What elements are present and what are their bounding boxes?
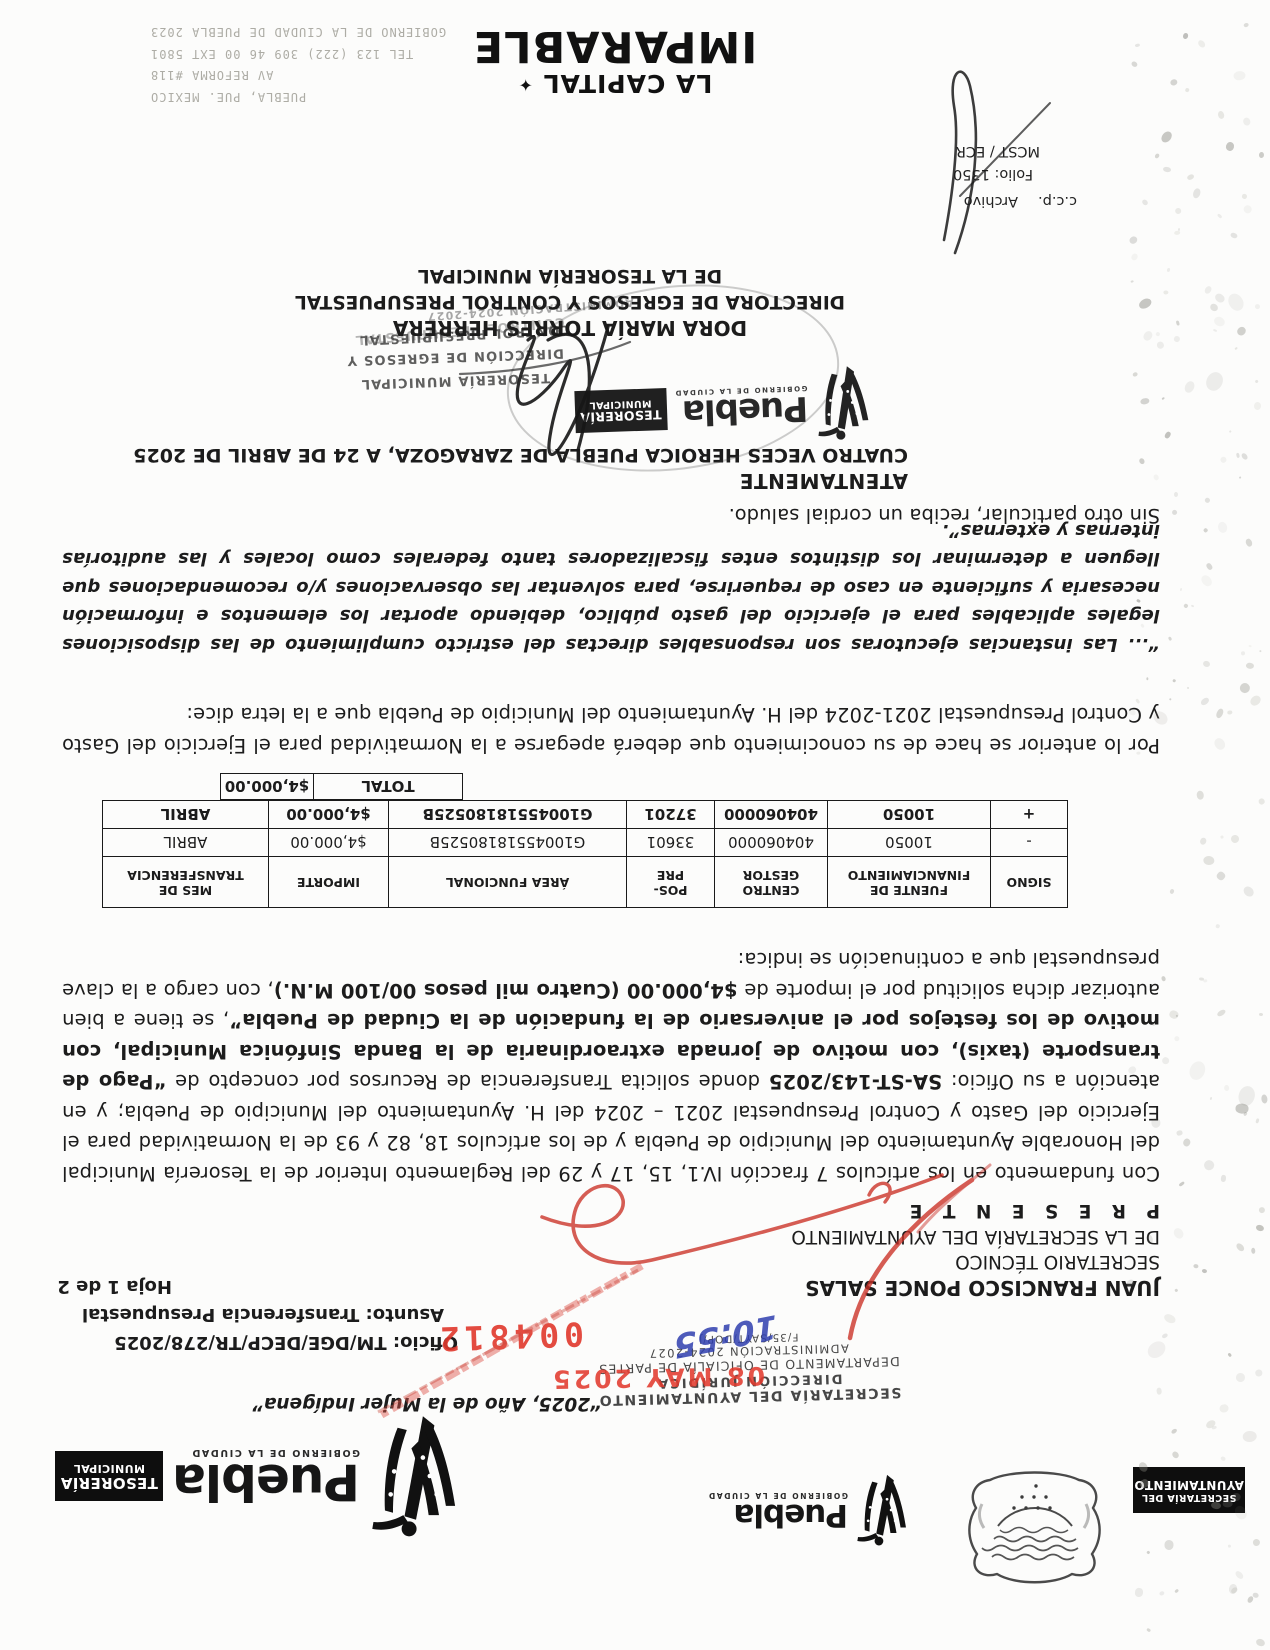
box-line1: SECRETARÍA DEL — [1133, 1491, 1245, 1502]
paragraph-quote: “... Las instancias ejecutoras son respo… — [62, 516, 1160, 659]
scanned-document-rotated-180: SECRETARÍA DEL AYUNTAMIENTO Puebla GOBIE… — [0, 0, 1270, 1650]
total-value: $4,000.00 — [220, 773, 314, 800]
signature-ink — [405, 302, 640, 492]
table-total-row: TOTAL $4,000.00 — [102, 773, 463, 800]
cell-importe: $4,000.00 — [269, 829, 389, 857]
cell-area: G10045518180525B — [389, 801, 627, 829]
angel-icon — [370, 1410, 462, 1542]
cell-fuente: 10050 — [828, 829, 991, 857]
box-line2: AYUNTAMIENTO — [1133, 1478, 1245, 1491]
puebla-wordmark: Puebla — [674, 392, 809, 429]
table-row-plus: + 10050 404060000 37201 G10045518180525B… — [103, 801, 1068, 829]
box-line2: MUNICIPAL — [55, 1461, 163, 1473]
angel-icon — [815, 361, 874, 445]
gobierno-subtitle: GOBIERNO DE LA CIUDAD — [707, 1491, 848, 1500]
cell-fuente: 10050 — [828, 801, 991, 829]
puebla-crest-icon — [946, 1462, 1124, 1590]
total-label: TOTAL — [314, 773, 463, 800]
col-importe: IMPORTE — [269, 857, 389, 908]
box-line1: TESORERÍA — [55, 1474, 163, 1491]
tesoreria-municipal-box: TESORERÍA MUNICIPAL — [55, 1451, 163, 1501]
footer-address: PUEBLA, PUE. MEXICO AV REFORMA #118 TEL … — [150, 21, 502, 107]
pen-flourish — [860, 43, 1060, 258]
cell-importe: $4,000.00 — [269, 801, 389, 829]
col-centro-gestor: CENTROGESTOR — [715, 857, 828, 908]
signer-title2: DE LA TESORERÍA MUNICIPAL — [220, 265, 920, 286]
col-mes: MES DETRANSFERENCIA — [103, 857, 269, 908]
gobierno-subtitle: GOBIERNO DE LA CIUDAD — [173, 1447, 360, 1458]
secretaria-ayuntamiento-box: SECRETARÍA DEL AYUNTAMIENTO — [1133, 1467, 1245, 1513]
brand-bottom-text: IMPARABLE — [455, 21, 775, 71]
atentamente: ATENTAMENTE — [739, 469, 908, 493]
red-pen-scribble — [480, 1125, 1020, 1360]
table-header-row: SIGNO FUENTE DEFINANCIAMIENTO CENTROGEST… — [103, 857, 1068, 908]
cell-signo: + — [991, 801, 1068, 829]
puebla-wordmark: Puebla — [173, 1458, 360, 1506]
address-line: PUEBLA, PUE. MEXICO — [150, 86, 502, 108]
address-line: GOBIERNO DE LA CIUDAD DE PUEBLA 2023 — [150, 21, 502, 43]
address-line: AV REFORMA #118 — [150, 64, 502, 86]
brand-top-text: LA CAPITAL — [543, 69, 713, 98]
puebla-wordmark: Puebla — [707, 1500, 848, 1529]
col-fuente: FUENTE DEFINANCIAMIENTO — [828, 857, 991, 908]
cell-signo: - — [991, 829, 1068, 857]
cell-pos: 37201 — [627, 801, 715, 829]
cell-area: G10045518180525B — [389, 829, 627, 857]
table-row-minus: - 10050 404060000 33601 G10045518180525B… — [103, 829, 1068, 857]
cell-pos: 33601 — [627, 829, 715, 857]
puebla-tesoreria-logo: Puebla GOBIERNO DE LA CIUDAD TESORERÍA M… — [55, 1410, 462, 1542]
col-pos-pre: POS-PRE — [627, 857, 715, 908]
puebla-ayuntamiento-logo: Puebla GOBIERNO DE LA CIUDAD — [707, 1470, 910, 1550]
angel-icon — [856, 1470, 910, 1550]
cell-mes: ABRIL — [103, 801, 269, 829]
la-capital-imparable-logo: LA CAPITAL ✦ IMPARABLE — [455, 21, 775, 98]
letter-page: SECRETARÍA DEL AYUNTAMIENTO Puebla GOBIE… — [0, 0, 1270, 1650]
paragraph-por-lo-anterior: Por lo anterior se hace de su conocimien… — [62, 699, 1160, 760]
col-signo: SIGNO — [991, 857, 1068, 908]
address-line: TEL 123 (222) 309 46 00 EXT 5801 — [150, 43, 502, 65]
cell-centro: 404060000 — [715, 801, 828, 829]
cell-mes: ABRIL — [103, 829, 269, 857]
budget-transfer-table: SIGNO FUENTE DEFINANCIAMIENTO CENTROGEST… — [102, 773, 1068, 908]
closing-sentence: Sin otro particular, reciba un cordial s… — [62, 500, 1160, 531]
col-area-funcional: ÁREA FUNCIONAL — [389, 857, 627, 908]
cell-centro: 404060000 — [715, 829, 828, 857]
sparkle-icon: ✦ — [518, 74, 533, 94]
page-count: Hoja 1 de 2 — [57, 1276, 172, 1297]
